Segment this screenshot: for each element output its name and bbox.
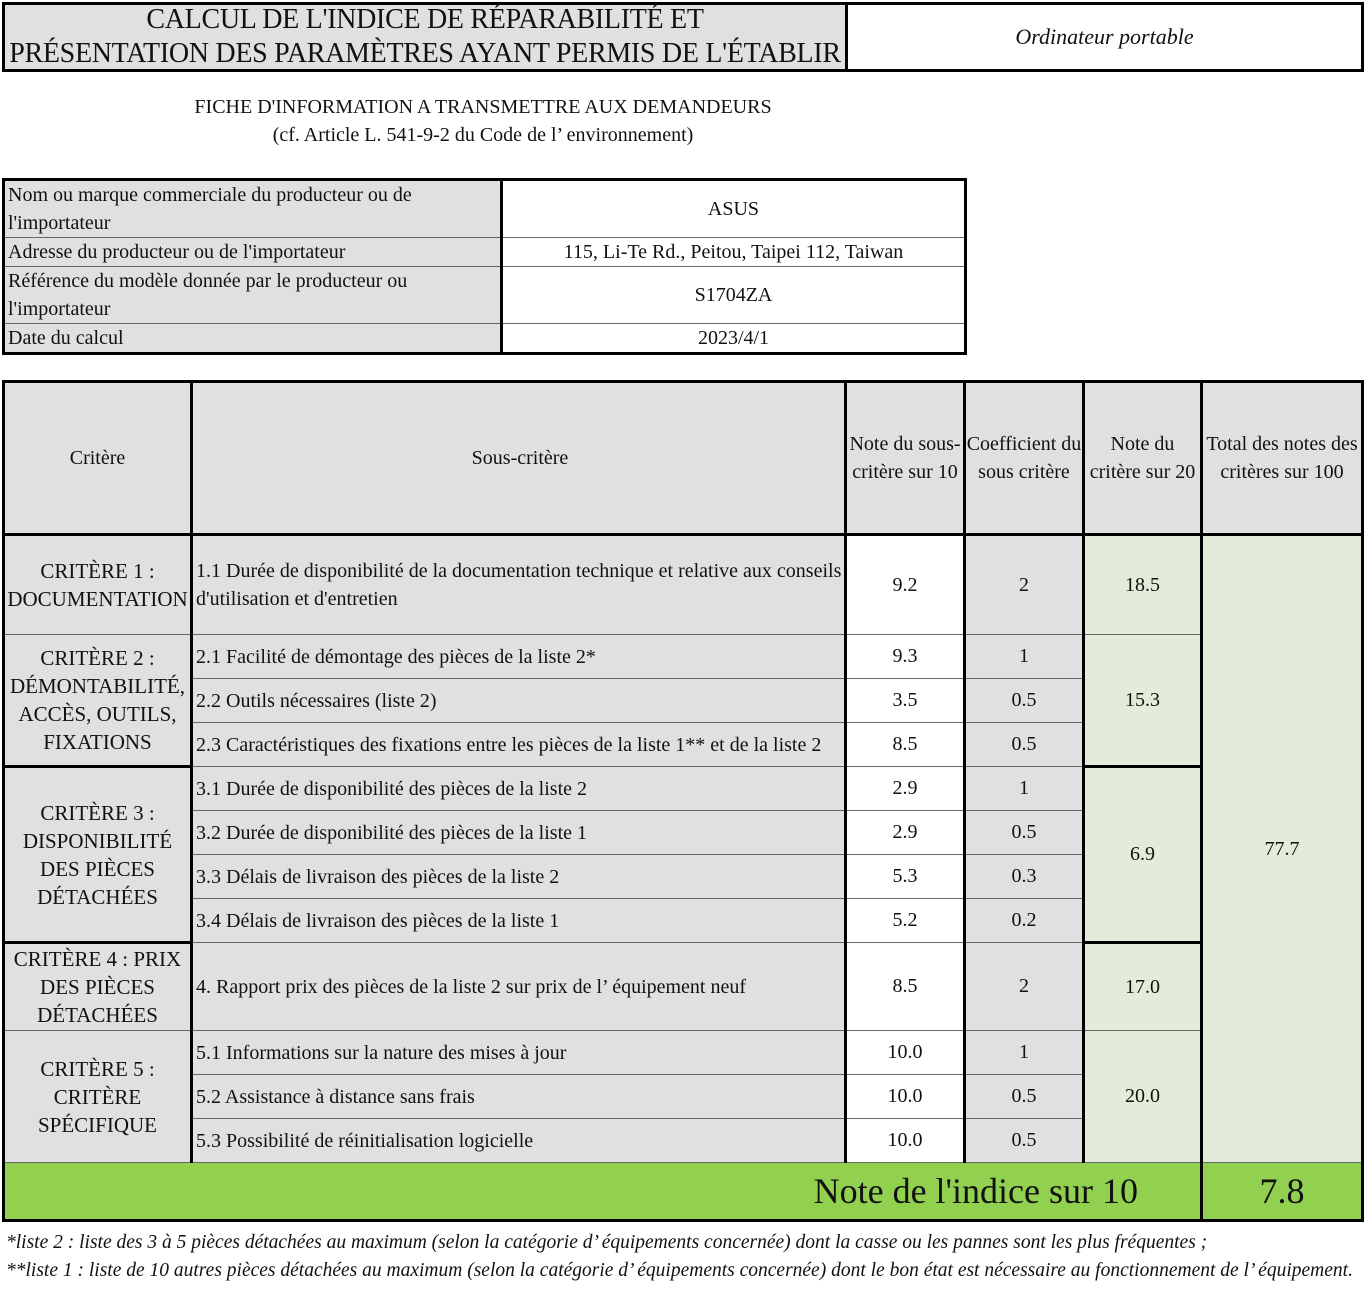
footnote-liste-2: *liste 2 : liste des 3 à 5 pièces détach… xyxy=(6,1229,1362,1257)
subcriterion-coef: 1 xyxy=(965,767,1084,811)
subcriterion-label: 1.1 Durée de disponibilité de la documen… xyxy=(192,535,846,635)
info-label: Date du calcul xyxy=(4,324,502,354)
document-title: CALCUL DE L'INDICE DE RÉPARABILITÉ ET PR… xyxy=(5,5,848,69)
subcriterion-label: 2.1 Facilité de démontage des pièces de … xyxy=(192,635,846,679)
info-value-brand: ASUS xyxy=(502,180,966,238)
subtitle: FICHE D'INFORMATION A TRANSMETTRE AUX DE… xyxy=(0,93,966,149)
table-row: CRITÈRE 4 : PRIX DES PIÈCES DÉTACHÉES 4.… xyxy=(4,943,1363,1031)
subcriterion-coef: 1 xyxy=(965,1031,1084,1075)
repairability-score-table: Critère Sous-critère Note du sous-critèr… xyxy=(2,380,1364,1222)
header-note-critere: Note du critère sur 20 xyxy=(1084,382,1202,535)
subcriterion-note: 2.9 xyxy=(846,767,965,811)
info-value-address: 115, Li-Te Rd., Peitou, Taipei 112, Taiw… xyxy=(502,238,966,267)
subcriterion-label: 3.2 Durée de disponibilité des pièces de… xyxy=(192,811,846,855)
subcriterion-coef: 0.5 xyxy=(965,1075,1084,1119)
criterion-3-label: CRITÈRE 3 : DISPONIBILITÉ DES PIÈCES DÉT… xyxy=(4,767,192,943)
table-row: CRITÈRE 5 : CRITÈRE SPÉCIFIQUE 5.1 Infor… xyxy=(4,1031,1363,1075)
info-label: Référence du modèle donnée par le produc… xyxy=(4,267,502,324)
title-line-1: CALCUL DE L'INDICE DE RÉPARABILITÉ ET xyxy=(146,3,703,37)
producer-info-table: Nom ou marque commerciale du producteur … xyxy=(2,178,967,355)
subcriterion-label: 3.4 Délais de livraison des pièces de la… xyxy=(192,899,846,943)
info-row-address: Adresse du producteur ou de l'importateu… xyxy=(4,238,966,267)
subcriterion-note: 10.0 xyxy=(846,1031,965,1075)
info-label: Adresse du producteur ou de l'importateu… xyxy=(4,238,502,267)
criterion-5-score: 20.0 xyxy=(1084,1031,1202,1163)
info-row-model: Référence du modèle donnée par le produc… xyxy=(4,267,966,324)
final-score-row: Note de l'indice sur 10 7.8 xyxy=(4,1163,1363,1221)
info-label: Nom ou marque commerciale du producteur … xyxy=(4,180,502,238)
header-critere: Critère xyxy=(4,382,192,535)
info-row-brand: Nom ou marque commerciale du producteur … xyxy=(4,180,966,238)
subcriterion-coef: 1 xyxy=(965,635,1084,679)
final-score-value: 7.8 xyxy=(1202,1163,1363,1221)
product-category: Ordinateur portable xyxy=(848,5,1361,69)
header-note-sous-critere: Note du sous-critère sur 10 xyxy=(846,382,965,535)
subcriterion-note: 8.5 xyxy=(846,723,965,767)
subcriterion-coef: 2 xyxy=(965,943,1084,1031)
header-coefficient: Coefficient du sous critère xyxy=(965,382,1084,535)
header-sous-critere: Sous-critère xyxy=(192,382,846,535)
table-row: CRITÈRE 1 : DOCUMENTATION 1.1 Durée de d… xyxy=(4,535,1363,635)
criterion-1-score: 18.5 xyxy=(1084,535,1202,635)
subcriterion-note: 10.0 xyxy=(846,1075,965,1119)
subcriterion-note: 5.3 xyxy=(846,855,965,899)
subcriterion-coef: 0.5 xyxy=(965,679,1084,723)
subcriterion-note: 9.2 xyxy=(846,535,965,635)
subcriterion-note: 10.0 xyxy=(846,1119,965,1163)
subcriterion-coef: 0.2 xyxy=(965,899,1084,943)
criterion-2-label: CRITÈRE 2 : DÉMONTABILITÉ, ACCÈS, OUTILS… xyxy=(4,635,192,767)
title-line-2: PRÉSENTATION DES PARAMÈTRES AYANT PERMIS… xyxy=(9,37,841,71)
header-total: Total des notes des critères sur 100 xyxy=(1202,382,1363,535)
subcriterion-note: 9.3 xyxy=(846,635,965,679)
subcriterion-label: 5.1 Informations sur la nature des mises… xyxy=(192,1031,846,1075)
subcriterion-coef: 0.5 xyxy=(965,723,1084,767)
final-score-label: Note de l'indice sur 10 xyxy=(4,1163,1202,1221)
subcriterion-label: 2.2 Outils nécessaires (liste 2) xyxy=(192,679,846,723)
criterion-4-score: 17.0 xyxy=(1084,943,1202,1031)
criterion-1-label: CRITÈRE 1 : DOCUMENTATION xyxy=(4,535,192,635)
subcriterion-label: 2.3 Caractéristiques des fixations entre… xyxy=(192,723,846,767)
criterion-4-label: CRITÈRE 4 : PRIX DES PIÈCES DÉTACHÉES xyxy=(4,943,192,1031)
subcriterion-coef: 2 xyxy=(965,535,1084,635)
criterion-3-score: 6.9 xyxy=(1084,767,1202,943)
info-row-date: Date du calcul 2023/4/1 xyxy=(4,324,966,354)
subcriterion-note: 3.5 xyxy=(846,679,965,723)
info-value-model: S1704ZA xyxy=(502,267,966,324)
info-value-date: 2023/4/1 xyxy=(502,324,966,354)
subcriterion-label: 3.3 Délais de livraison des pièces de la… xyxy=(192,855,846,899)
table-header-row: Critère Sous-critère Note du sous-critèr… xyxy=(4,382,1363,535)
total-score-100: 77.7 xyxy=(1202,535,1363,1163)
subcriterion-label: 5.3 Possibilité de réinitialisation logi… xyxy=(192,1119,846,1163)
subcriterion-coef: 0.5 xyxy=(965,1119,1084,1163)
subcriterion-label: 4. Rapport prix des pièces de la liste 2… xyxy=(192,943,846,1031)
subcriterion-coef: 0.5 xyxy=(965,811,1084,855)
table-row: CRITÈRE 3 : DISPONIBILITÉ DES PIÈCES DÉT… xyxy=(4,767,1363,811)
subcriterion-note: 2.9 xyxy=(846,811,965,855)
footnotes: *liste 2 : liste des 3 à 5 pièces détach… xyxy=(6,1229,1362,1285)
subcriterion-label: 3.1 Durée de disponibilité des pièces de… xyxy=(192,767,846,811)
title-block: CALCUL DE L'INDICE DE RÉPARABILITÉ ET PR… xyxy=(2,2,1364,72)
table-row: CRITÈRE 2 : DÉMONTABILITÉ, ACCÈS, OUTILS… xyxy=(4,635,1363,679)
subcriterion-coef: 0.3 xyxy=(965,855,1084,899)
footnote-liste-1: **liste 1 : liste de 10 autres pièces dé… xyxy=(6,1257,1362,1285)
criterion-2-score: 15.3 xyxy=(1084,635,1202,767)
subtitle-line-1: FICHE D'INFORMATION A TRANSMETTRE AUX DE… xyxy=(0,93,966,121)
criterion-5-label: CRITÈRE 5 : CRITÈRE SPÉCIFIQUE xyxy=(4,1031,192,1163)
subcriterion-note: 8.5 xyxy=(846,943,965,1031)
subtitle-line-2: (cf. Article L. 541-9-2 du Code de l’ en… xyxy=(0,121,966,149)
subcriterion-label: 5.2 Assistance à distance sans frais xyxy=(192,1075,846,1119)
subcriterion-note: 5.2 xyxy=(846,899,965,943)
